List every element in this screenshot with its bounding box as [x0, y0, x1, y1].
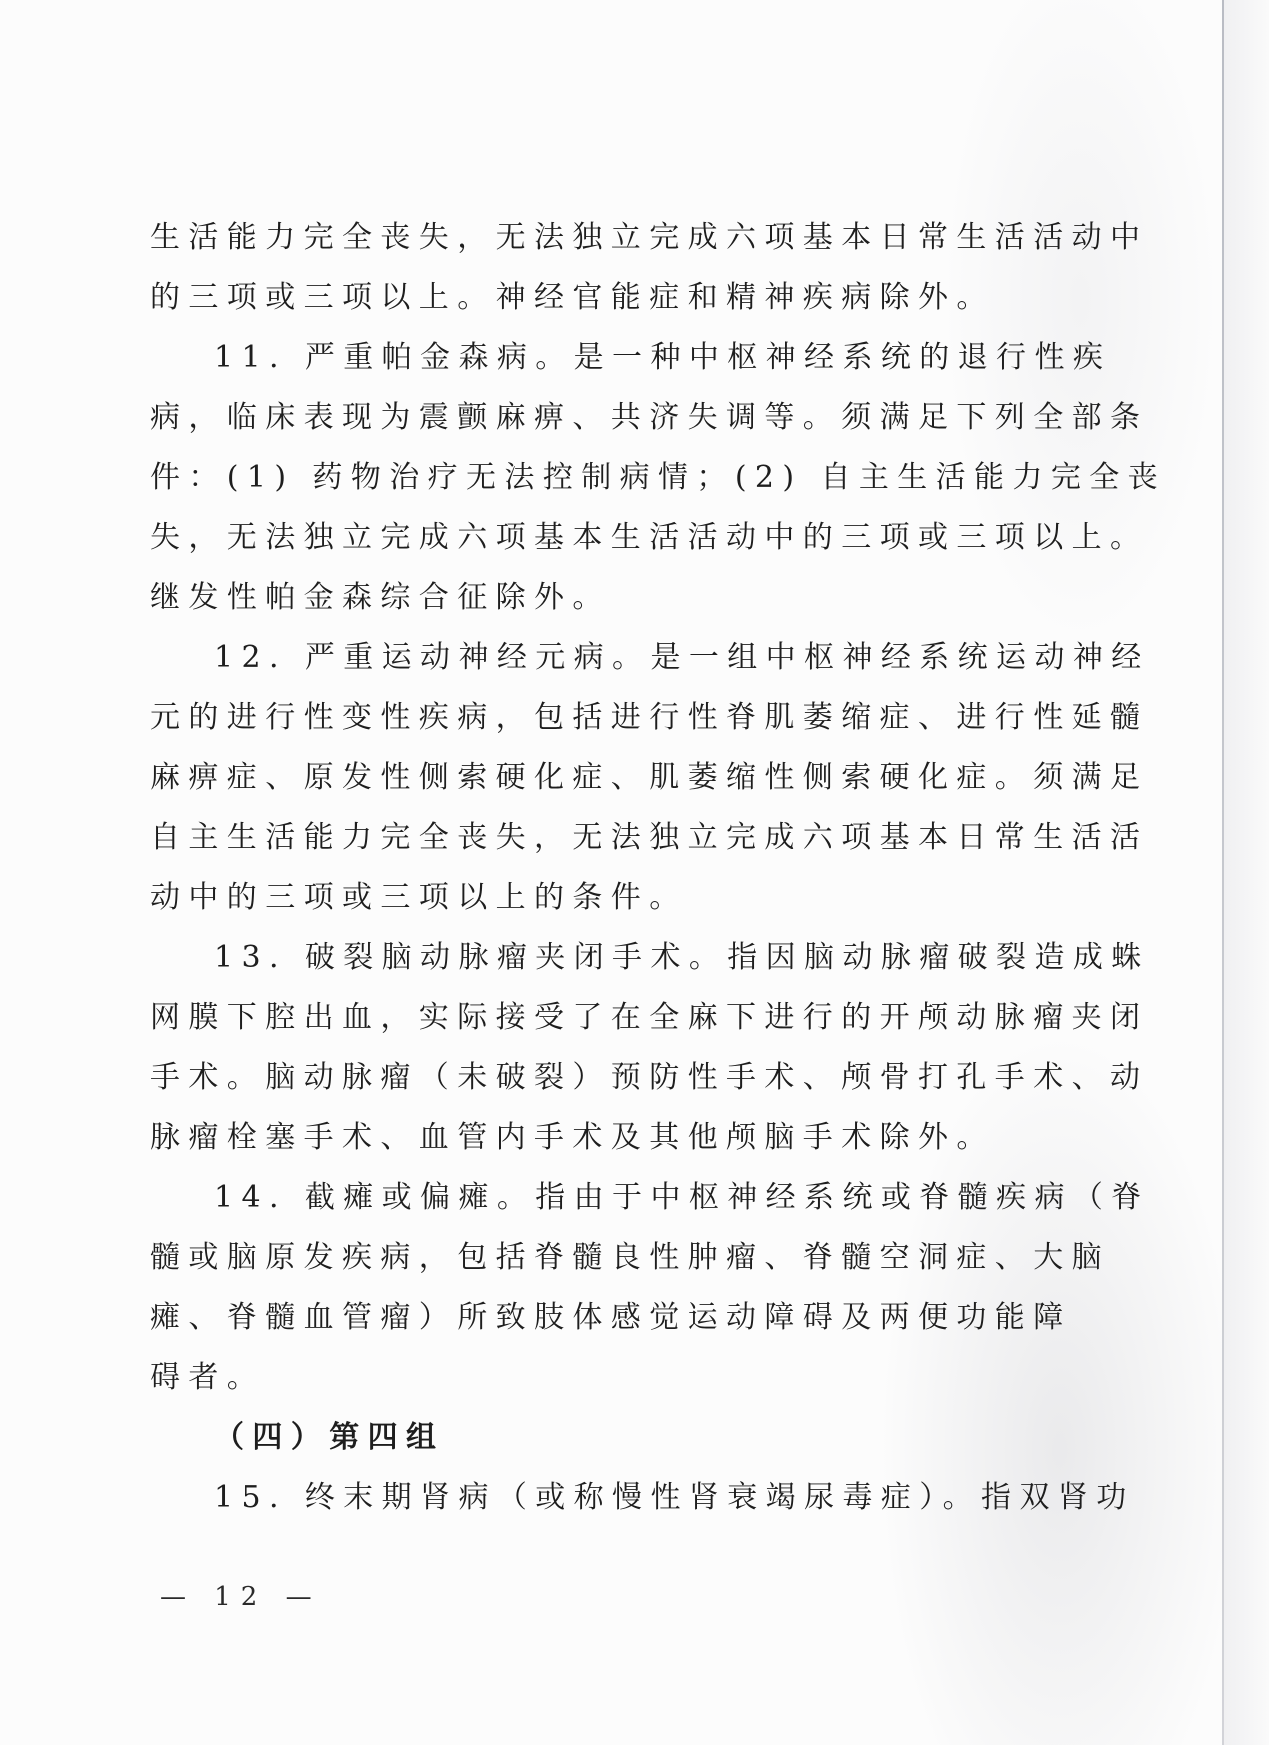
- text-line: 网膜下腔出血，实际接受了在全麻下进行的开颅动脉瘤夹闭: [150, 988, 1066, 1048]
- text-line: 瘫、脊髓血管瘤）所致肢体感觉运动障碍及两便功能障: [150, 1288, 1066, 1348]
- item-11-heading-line: 11. 严重帕金森病。是一种中枢神经系统的退行性疾: [150, 328, 1066, 388]
- text-line: 失，无法独立完成六项基本生活活动中的三项或三项以上。: [150, 508, 1066, 568]
- text-line: 脉瘤栓塞手术、血管内手术及其他颅脑手术除外。: [150, 1108, 1066, 1168]
- text-line: 元的进行性变性疾病，包括进行性脊肌萎缩症、进行性延髓: [150, 688, 1066, 748]
- item-12-heading-line: 12. 严重运动神经元病。是一组中枢神经系统运动神经: [150, 628, 1066, 688]
- text-line: 自主生活能力完全丧失，无法独立完成六项基本日常生活活: [150, 808, 1066, 868]
- text-line: 病，临床表现为震颤麻痹、共济失调等。须满足下列全部条: [150, 388, 1066, 448]
- page-fold-shade: [1224, 0, 1269, 1745]
- page-number: — 12 —: [160, 1582, 322, 1612]
- text-line: 生活能力完全丧失，无法独立完成六项基本日常生活活动中: [150, 208, 1066, 268]
- section-heading-group-4: （四）第四组: [150, 1408, 1066, 1468]
- text-line: 继发性帕金森综合征除外。: [150, 568, 1066, 628]
- page-fold-line: [1222, 0, 1224, 1745]
- text-line: 碍者。: [150, 1348, 1066, 1408]
- text-line: 动中的三项或三项以上的条件。: [150, 868, 1066, 928]
- text-line: 的三项或三项以上。神经官能症和精神疾病除外。: [150, 268, 1066, 328]
- item-13-heading-line: 13. 破裂脑动脉瘤夹闭手术。指因脑动脉瘤破裂造成蛛: [150, 928, 1066, 988]
- item-15-heading-line: 15. 终末期肾病（或称慢性肾衰竭尿毒症）。指双肾功: [150, 1468, 1066, 1528]
- text-line: 手术。脑动脉瘤（未破裂）预防性手术、颅骨打孔手术、动: [150, 1048, 1066, 1108]
- item-14-heading-line: 14. 截瘫或偏瘫。指由于中枢神经系统或脊髓疾病（脊: [150, 1168, 1066, 1228]
- text-line: 件：(1) 药物治疗无法控制病情；(2) 自主生活能力完全丧: [150, 448, 1066, 508]
- text-line: 髓或脑原发疾病，包括脊髓良性肿瘤、脊髓空洞症、大脑: [150, 1228, 1066, 1288]
- document-body: 生活能力完全丧失，无法独立完成六项基本日常生活活动中 的三项或三项以上。神经官能…: [150, 208, 1066, 1528]
- text-line: 麻痹症、原发性侧索硬化症、肌萎缩性侧索硬化症。须满足: [150, 748, 1066, 808]
- scanned-page: 生活能力完全丧失，无法独立完成六项基本日常生活活动中 的三项或三项以上。神经官能…: [0, 0, 1269, 1745]
